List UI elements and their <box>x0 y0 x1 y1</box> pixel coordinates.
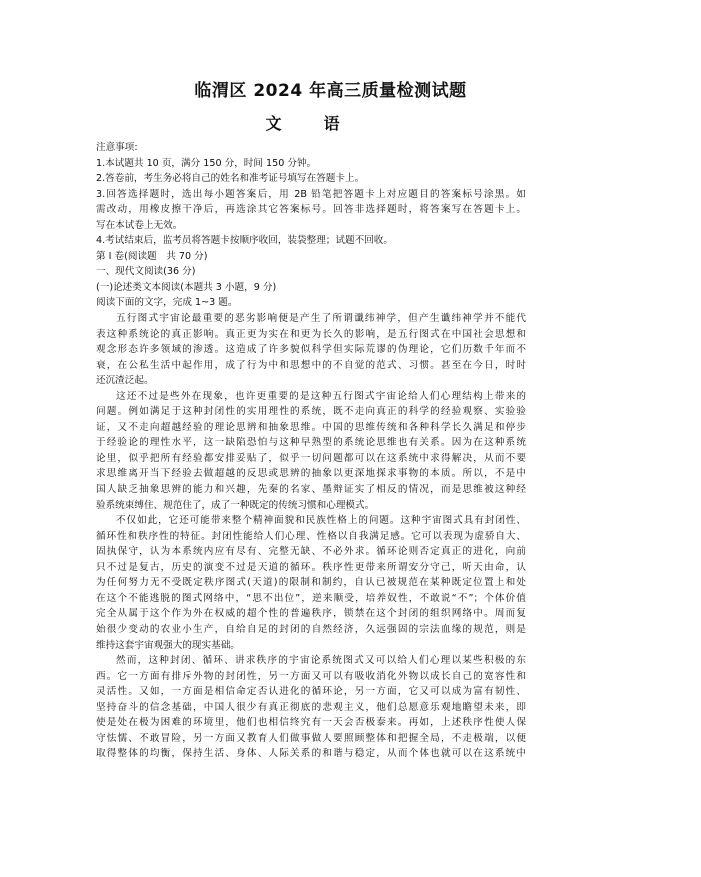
paragraph-line: 循环性和秩序性的特征。封闭性能给人们心理、性格以自我满足感。它可以表现为虚骄自大… <box>96 529 526 545</box>
subject-char-2: 文 <box>266 113 282 135</box>
paragraph-line: 固执保守，认为本系统内应有尽有、完整无缺、不必外求。循环论则否定真正的进化，向前 <box>96 544 526 560</box>
notice-item-4: 4.考试结束后，监考员将答题卡按顺序收回，装袋整理；试题不回收。 <box>96 233 528 249</box>
exam-page: 临渭区 2024 年高三质量检测试题 语文 注意事项: 1.本试题共 10 页，… <box>0 0 701 877</box>
paragraph-line: 这还不过是些外在现象，也许更重要的是这种五行图式宇宙论给人们心理结构上带来的 <box>96 389 526 405</box>
exam-body: 注意事项: 1.本试题共 10 页，满分 150 分，时间 150 分钟。 2.… <box>96 140 528 762</box>
paragraph-line: 为任何努力无不受既定秩序图式(天道)的限制和制约，自认已被规范在某种既定位置上和… <box>96 575 526 591</box>
paragraph-line: 坚持奋斗的信念基础，中国人很少有真正彻底的悲观主义，他们总愿意乐观地瞻望未来，即 <box>96 700 526 716</box>
paragraph-line: 验系统束缚住、规范住了，成了一种既定的传统习惯和心理模式。 <box>96 498 528 514</box>
paragraph-line: 表这种系统论的真正影响。真正更为实在和更为长久的影响，是五行图式在中国社会思想和 <box>96 327 526 343</box>
paragraph-line: 还沉渣泛起。 <box>96 373 528 389</box>
paragraph-line: 五行图式宇宙论最重要的恶劣影响便是产生了所谓谶纬神学，但产生谶纬神学并不能代 <box>96 311 526 327</box>
part-one-heading: 一、现代文阅读(36 分) <box>96 264 528 280</box>
exam-title: 临渭区 2024 年高三质量检测试题 <box>0 80 701 102</box>
paragraph-line: 问题。例如满足于这种封闭性的实用理性的系统，既不走向真正的科学的经验观察、实验验 <box>96 404 526 420</box>
paragraph-line: 灵活性。又如，一方面是相信命定否认进化的循环论，另一方面，它又可以成为富有韧性、 <box>96 684 526 700</box>
paragraph-line: 完全从属于这个作为外在权威的超个性的普遍秩序，锁禁在这个封闭的组织网络中。周而复 <box>96 606 526 622</box>
paragraph-line: 只不过是复古，历史的演变不过是天道的循环。秩序性更带来所谓安分守己，听天由命，认 <box>96 560 526 576</box>
notice-item-3: 3.回答选择题时，选出每小题答案后，用 2B 铅笔把答题卡上对应题目的答案标号涂… <box>96 187 526 203</box>
sub-part-heading: (一)论述类文本阅读(本题共 3 小题，9 分) <box>96 280 528 296</box>
paragraph-line: 衰，在公私生活中起作用，成了行为中和思想中的不自觉的范式、习惯。甚至在今日，时时 <box>96 358 526 374</box>
paragraph-line: 西。它一方面有排斥外物的封闭性，另一方面又可以有吸收消化外物以成长自己的宽容性和 <box>96 669 526 685</box>
paragraph-line: 守怯懦、不敢冒险，另一方面又教育人们做事做人要照顾整体和把握全局，不走极端，以便 <box>96 731 526 747</box>
notice-item-2: 2.答卷前，考生务必将自己的姓名和准考证号填写在答题卡上。 <box>96 171 528 187</box>
paragraph-3: 不仅如此，它还可能带来整个精神面貌和民族性格上的问题。这种宇宙图式具有封闭性、 … <box>96 513 528 653</box>
paragraph-2: 这还不过是些外在现象，也许更重要的是这种五行图式宇宙论给人们心理结构上带来的 问… <box>96 389 528 513</box>
paragraph-line: 取得整体的均衡，保持生活、身体、人际关系的和谐与稳定，从而个体也就可以在这系统中 <box>96 746 526 762</box>
paragraph-line: 求思维离开当下经验去做超越的反思或思辨的抽象以更深地探求事物的本质。所以，不是中 <box>96 466 526 482</box>
paragraph-line: 使是处在极为困难的环境里，他们也相信终究有一天会否极泰来。再如，上述秩序性使人保 <box>96 715 526 731</box>
notice-item-1: 1.本试题共 10 页，满分 150 分，时间 150 分钟。 <box>96 156 528 172</box>
paragraph-line: 在这个不能逃脱的图式网络中，“思不出位”，逆来顺受，培养奴性，不敢说“不”；个体… <box>96 591 526 607</box>
subject-char-1: 语 <box>323 113 339 135</box>
exam-title-text: 临渭区 2024 年高三质量检测试题 <box>194 80 466 102</box>
paragraph-line: 论里，似乎把所有经验都安排妥贴了，似乎一切问题都可以在这系统中求得解决，从而不要 <box>96 451 526 467</box>
paragraph-line: 观念形态许多领域的渗透。这造成了许多貌似科学但实际荒谬的伪理论，它们历数千年而不 <box>96 342 526 358</box>
paragraph-line: 国人缺乏抽象思辨的能力和兴趣，先秦的名家、墨辩证实了相反的情况，而是思维被这种经 <box>96 482 526 498</box>
paragraph-line: 于经验论的理性水平，这一缺陷恐怕与这种早熟型的系统论思维也有关系。因为在这种系统 <box>96 435 526 451</box>
paragraph-4: 然而，这种封闭、循环、讲求秩序的宇宙论系统图式又可以给人们心理以某些积极的东 西… <box>96 653 528 762</box>
reading-instruction: 阅读下面的文字，完成 1~3 题。 <box>96 295 528 311</box>
paragraph-line: 不仅如此，它还可能带来整个精神面貌和民族性格上的问题。这种宇宙图式具有封闭性、 <box>96 513 526 529</box>
paragraph-1: 五行图式宇宙论最重要的恶劣影响便是产生了所谓谶纬神学，但产生谶纬神学并不能代 表… <box>96 311 528 389</box>
notice-item-3-end: 写在本试卷上无效。 <box>96 218 528 234</box>
notice-heading: 注意事项: <box>96 140 528 156</box>
subject-heading: 语文 <box>0 113 701 135</box>
paragraph-line: 维持这套宇宙观强大的现实基础。 <box>96 638 528 654</box>
section-header: 第 I 卷(阅读题 共 70 分) <box>96 249 528 265</box>
notice-item-3-cont: 需改动，用橡皮擦干净后，再选涂其它答案标号。回答非选择题时，将答案写在答题卡上。 <box>96 202 526 218</box>
paragraph-line: 始很少变动的农业小生产，自给自足的封闭的自然经济，久远强固的宗法血缘的规范，则是 <box>96 622 526 638</box>
notice-section: 注意事项: 1.本试题共 10 页，满分 150 分，时间 150 分钟。 2.… <box>96 140 528 249</box>
paragraph-line: 证，又不走向超越经验的理论思辨和抽象思维。中国的思维传统和各种科学长久满足和停步 <box>96 420 526 436</box>
paragraph-line: 然而，这种封闭、循环、讲求秩序的宇宙论系统图式又可以给人们心理以某些积极的东 <box>96 653 526 669</box>
